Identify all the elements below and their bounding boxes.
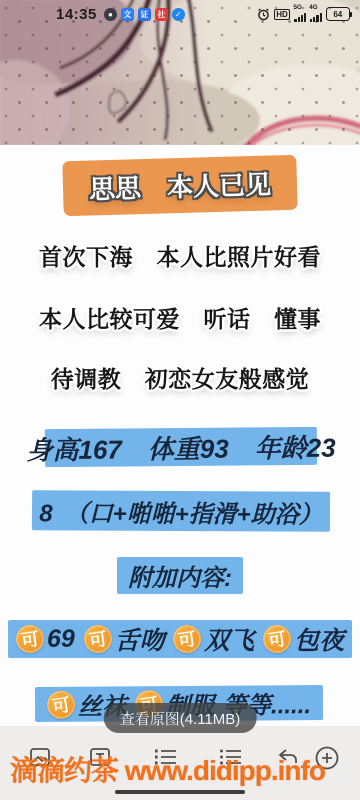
addon-row-1: 可 69 可 舌吻 可 双飞 可 包夜: [8, 620, 352, 658]
status-bar-right: HD 5G 4G 64: [257, 6, 352, 22]
poster-content: 思思 本人已见 首次下海 本人比照片好看 本人比较可爱 听话 懂事 待调教 初恋…: [0, 145, 360, 726]
can-badge: 可: [261, 623, 293, 655]
blue-app-icon: 证: [138, 8, 151, 21]
image-viewer-screen: 14:35 ● 文 证 社 ✓ HD 5G 4G 64: [0, 0, 360, 800]
addon-header-bar: 附加内容:: [117, 557, 243, 594]
addon-item: 可 双飞: [173, 621, 254, 657]
addon-item-label: 69: [47, 625, 75, 654]
watermark-url: www.didipp.info: [125, 755, 325, 786]
poster-line-1: 首次下海 本人比照片好看: [0, 239, 360, 272]
can-badge: 可: [171, 623, 203, 655]
poster-line-2: 本人比较可爱 听话 懂事: [0, 301, 360, 334]
addon-item-label: 舌吻: [115, 621, 165, 657]
addon-item: 可 包夜: [263, 621, 344, 657]
stats-highlight-bar: 身高167 体重93 年龄23: [45, 427, 317, 467]
addon-item-label: 双飞: [204, 621, 254, 657]
addon-item: 可 69: [16, 625, 75, 654]
translate-app-icon: 文: [121, 8, 134, 21]
alarm-icon: [257, 8, 270, 21]
can-badge: 可: [82, 623, 114, 655]
red-app-icon: 社: [155, 8, 168, 21]
watermark: 滴滴约茶 www.didipp.info: [10, 749, 325, 789]
addon-item: 可 舌吻: [84, 621, 165, 657]
can-badge: 可: [45, 688, 77, 720]
poster-title: 思思 本人已见: [89, 164, 272, 206]
poster-title-highlight: 思思 本人已见: [62, 155, 297, 217]
home-indicator[interactable]: [115, 790, 245, 794]
signal-sim2-icon: 4G: [310, 6, 322, 22]
round-blue-app-icon: ✓: [172, 8, 185, 21]
service-highlight-bar: 8 （口+啪啪+指滑+助浴）: [32, 490, 330, 532]
poster-line-3: 待调教 初恋女友般感觉: [0, 361, 360, 394]
addon-item-label: 包夜: [294, 621, 344, 657]
status-bar: 14:35 ● 文 证 社 ✓ HD 5G 4G 64: [0, 0, 360, 26]
signal-sim1-icon: 5G: [294, 6, 306, 22]
hd-badge: HD: [274, 9, 291, 20]
view-original-button[interactable]: 查看原图(4.11MB): [104, 703, 257, 733]
wechat-icon: ●: [104, 8, 117, 21]
notification-icons: ● 文 证 社 ✓: [104, 8, 185, 21]
battery-percent: 64: [326, 7, 350, 21]
battery-icon: 64: [326, 7, 352, 21]
can-badge: 可: [14, 623, 46, 655]
watermark-brand: 滴滴约茶: [10, 755, 118, 786]
clock-label: 14:35: [56, 6, 97, 23]
